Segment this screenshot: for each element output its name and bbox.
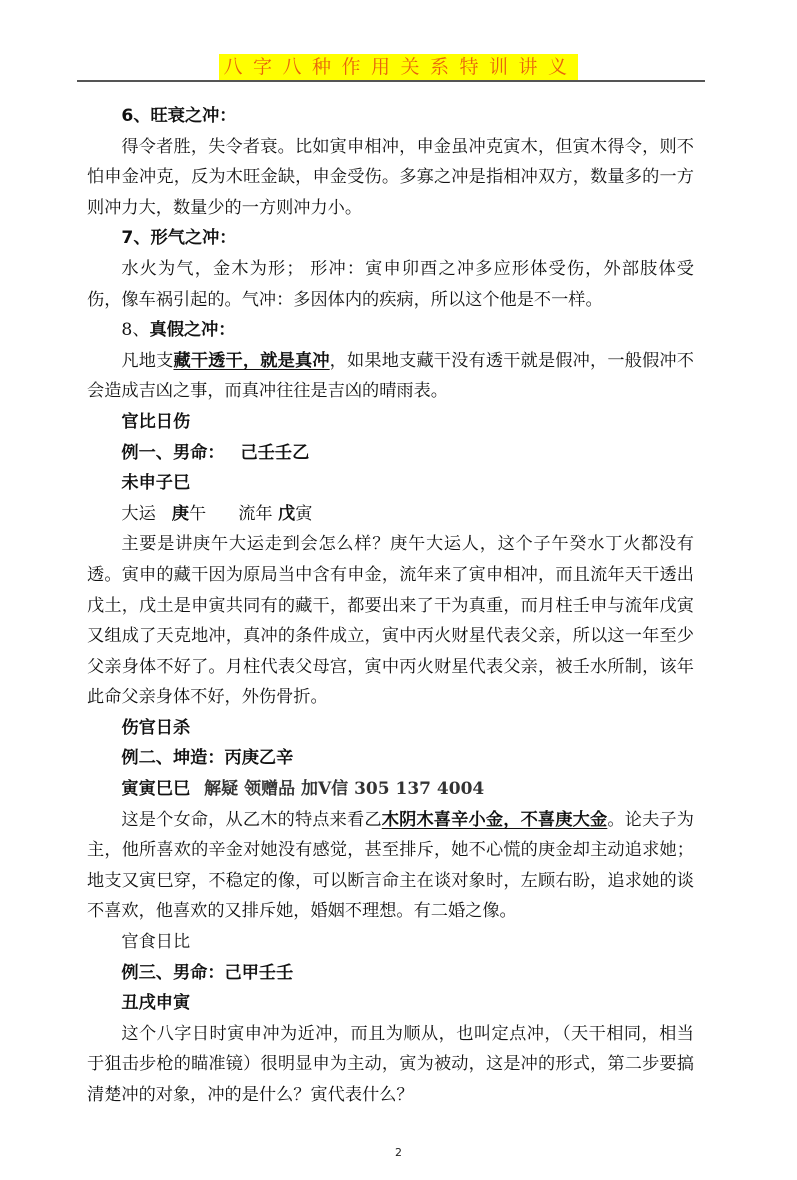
example-2-paragraph: 这是个女命，从乙木的特点来看乙木阴木喜辛小金，不喜庚大金。论夫子为主，他所喜欢的… bbox=[87, 805, 694, 927]
page-number: 2 bbox=[0, 1146, 797, 1159]
section-8-paragraph: 凡地支藏干透干，就是真冲，如果地支藏干没有透干就是假冲，一般假冲不会造成吉凶之事… bbox=[87, 346, 694, 407]
dayun-branch: 午 bbox=[189, 504, 206, 524]
section-8-underlined-text: 藏干透干，就是真冲 bbox=[173, 351, 329, 371]
example-1-luck-line: 大运庚午流年 戊寅 bbox=[87, 499, 694, 530]
section-6-paragraph: 得令者胜，失令者衰。比如寅申相冲，申金虽冲克寅木，但寅木得令，则不怕申金冲克，反… bbox=[87, 132, 694, 224]
example-1-paragraph: 主要是讲庚午大运走到会怎么样？庚午大运人，这个子午癸水丁火都没有透。寅申的藏干因… bbox=[87, 529, 694, 713]
example-1-label: 官比日伤 bbox=[87, 407, 694, 438]
section-6-heading: 6、旺衰之冲： bbox=[87, 101, 694, 132]
example-2-text-pre: 这是个女命，从乙木的特点来看乙 bbox=[121, 810, 381, 830]
header-divider bbox=[77, 80, 705, 82]
example-3-paragraph: 这个八字日时寅申冲为近冲，而且为顺从，也叫定点冲，（天干相同，相当于狙击步枪的瞄… bbox=[87, 1019, 694, 1111]
liunian-stem: 戊 bbox=[278, 504, 295, 524]
example-3-title: 例三、男命：己甲壬壬 bbox=[87, 958, 694, 989]
dayun-label: 大运 bbox=[121, 504, 155, 524]
section-8-heading: 8、真假之冲： bbox=[87, 315, 694, 346]
section-8-text-pre: 凡地支 bbox=[121, 351, 173, 371]
example-2-label: 伤官日杀 bbox=[87, 713, 694, 744]
example-1-title-text: 例一、男命： bbox=[121, 443, 224, 463]
example-1-stems: 己壬壬乙 bbox=[241, 443, 310, 463]
document-title: 八字八种作用关系特训讲义 bbox=[219, 54, 577, 81]
document-body: 6、旺衰之冲： 得令者胜，失令者衰。比如寅申相冲，申金虽冲克寅木，但寅木得令，则… bbox=[87, 101, 694, 1111]
page-header: 八字八种作用关系特训讲义 bbox=[0, 54, 797, 81]
example-1-title: 例一、男命：己壬壬乙 bbox=[87, 438, 694, 469]
section-8-number: 8、 bbox=[121, 320, 149, 340]
liunian-branch: 寅 bbox=[295, 504, 312, 524]
watermark-contact-text: 解疑 领赠品 加V信 305 137 4004 bbox=[204, 779, 484, 799]
example-3-label: 官食日比 bbox=[87, 927, 694, 958]
example-2-title: 例二、坤造：丙庚乙辛 bbox=[87, 743, 694, 774]
example-1-branches: 未申子巳 bbox=[87, 468, 694, 499]
dayun-stem: 庚 bbox=[172, 504, 189, 524]
example-2-underlined-text: 木阴木喜辛小金，不喜庚大金 bbox=[382, 810, 608, 830]
example-2-branches: 寅寅巳巳 bbox=[121, 779, 190, 799]
section-7-paragraph: 水火为气，金木为形； 形冲：寅申卯酉之冲多应形体受伤，外部肢体受伤，像车祸引起的… bbox=[87, 254, 694, 315]
section-8-title: 真假之冲： bbox=[150, 320, 236, 340]
liunian-label: 流年 bbox=[238, 504, 272, 524]
example-3-branches: 丑戌申寅 bbox=[87, 988, 694, 1019]
example-2-branches-line: 寅寅巳巳解疑 领赠品 加V信 305 137 4004 bbox=[87, 774, 694, 805]
section-7-heading: 7、形气之冲： bbox=[87, 223, 694, 254]
